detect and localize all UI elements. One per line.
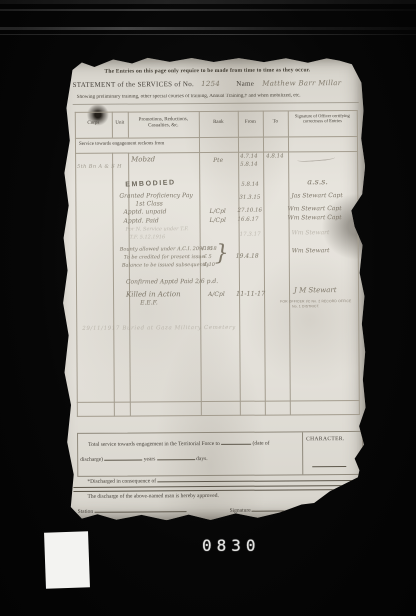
page-notice: The Entries on this page only require to…: [80, 68, 334, 76]
film-scratch: [0, 9, 416, 11]
entry-appointed-paid-rank: L/Cpl: [210, 218, 226, 224]
entry-bounty-date: 19.4.18: [236, 254, 259, 260]
entry-proficiency-pay: Granted Proficiency Pay: [119, 193, 192, 200]
entry-proficiency-pay-class: 1st Class: [135, 201, 163, 207]
table-body: 5th Bn A & S H Mobzd Pte 4.7.14 5.8.14 4…: [75, 151, 360, 402]
blank-line: [95, 507, 187, 513]
entry-mobilized-from: 4.7.14: [240, 155, 258, 161]
blank-line: [157, 476, 352, 482]
blank-line: [312, 462, 346, 467]
name-value: Matthew Barr Millar: [262, 79, 341, 88]
reckons-row-label: Service towards engagement reckons from: [79, 141, 164, 147]
embodied-stamp: EMBODIED: [125, 179, 176, 188]
entry-bounty-line3: Balance to be issued subsequently: [122, 263, 209, 269]
discharged-line: *Discharged in consequence of: [87, 476, 352, 486]
days-label: days.: [196, 456, 208, 462]
entry-bounty-line2: To be credited for present issue: [124, 255, 205, 261]
entry-burial-note: 29/11/1917 Buried at Gaza Military Cemet…: [82, 326, 236, 333]
signature-label: Signature: [230, 508, 251, 514]
name-label: Name: [236, 80, 254, 88]
rule: [73, 102, 359, 105]
entry-killed-date: 11-11-17: [236, 291, 265, 298]
entry-confirmed-appointment: Confirmed Apptd Paid 2/6 p.d.: [126, 279, 218, 286]
film-scratch: [0, 34, 416, 35]
entry-appointed-unpaid: Apptd. unpaid: [123, 209, 166, 216]
total-service-line1: Total service towards engagement in the …: [88, 440, 269, 449]
years-label: years: [144, 456, 156, 462]
film-blip-card: [44, 531, 90, 589]
table-line: [302, 432, 303, 474]
entry-killed-theatre: E.E.F.: [140, 300, 158, 306]
column-header-rank: Rank: [199, 120, 238, 126]
microfilm-frame: The Entries on this page only require to…: [0, 0, 416, 616]
table-line: [75, 136, 358, 139]
entry-bounty-amount3: £ 10: [204, 263, 215, 268]
entry-pencil-note-2: T.F. 5.12.1916: [130, 235, 166, 240]
column-header-from: From: [238, 120, 263, 126]
station-label: Station: [78, 509, 94, 515]
document-paper: The Entries on this page only require to…: [50, 55, 367, 521]
total-service-box: Total service towards engagement in the …: [77, 431, 363, 477]
bounty-brace: }: [215, 242, 229, 265]
station-line: Station: [78, 507, 187, 516]
entry-bounty-amount2: £ 5: [204, 255, 212, 260]
entry-appointed-paid-from: 16.6.17: [238, 218, 259, 224]
film-scratch: [0, 0, 416, 4]
column-header-to: To: [263, 119, 288, 125]
table-line: [77, 414, 360, 417]
character-label: CHARACTER.: [306, 437, 345, 443]
entry-bounty-amount1: £ 15: [202, 247, 213, 252]
entry-pencil-note-signature: Wm Stewart: [292, 230, 330, 237]
film-scratch: [0, 27, 416, 30]
blank-line: [157, 455, 195, 460]
entry-bounty-signature: Wm Stewart: [292, 248, 330, 255]
total-service-line2: discharge) years days.: [80, 455, 207, 464]
column-header-corps: Corps: [75, 121, 112, 127]
discharge-text: discharge): [80, 457, 103, 463]
date-label: Date: [78, 520, 88, 526]
column-header-unit: Unit: [112, 121, 128, 127]
date-line: Date: [78, 521, 88, 527]
entry-pencil-note: For N. Service under T.F.: [126, 227, 189, 233]
statement-title-line: STATEMENT of the SERVICES of No. 1254 Na…: [73, 80, 342, 89]
date-of-text: (date of: [253, 441, 270, 447]
entry-appointed-paid: Apptd. Paid: [124, 218, 159, 225]
entry-appointed-unpaid-from: 27.10.16: [237, 209, 262, 215]
entry-killed-signature: J M Stewart: [294, 287, 337, 295]
entry-proficiency-pay-signature: Jas Stewart Capt: [291, 193, 342, 200]
total-service-text: Total service towards engagement in the …: [88, 441, 220, 448]
entry-mobilized-from2: 5.8.14: [240, 163, 258, 169]
entry-killed-in-action: Killed in Action: [126, 291, 181, 299]
entry-embodied-signature: a.s.s.: [307, 178, 328, 187]
services-table: Corps Unit Promotions, Reductions, Casua…: [75, 110, 360, 417]
frame-counter: 0830: [202, 536, 261, 555]
blank-line: [221, 440, 251, 445]
entry-corps: 5th Bn A & S H: [77, 165, 122, 171]
entry-proficiency-pay-from: 31.3.15: [239, 196, 260, 202]
blank-line: [104, 455, 142, 460]
service-number-value: 1254: [201, 80, 220, 88]
approval-text: The discharge of the above-named man is …: [87, 494, 218, 501]
entry-appointed-unpaid-rank: L/Cpl: [209, 209, 225, 215]
form-subtitle: Showing preliminary training, other spec…: [77, 93, 359, 100]
entry-killed-rank: A/Cpl: [208, 292, 225, 298]
entry-appointed-paid-signature: Wm Stewart Capt: [287, 215, 341, 222]
entry-appointed-unpaid-signature: Wm Stewart Capt: [287, 206, 341, 213]
record-office-stamp-line1: FOR OFFICER I/C No. 2 RECORD OFFICE: [280, 300, 351, 304]
discharged-label: *Discharged in consequence of: [87, 478, 156, 484]
signature-line: Signature: [230, 506, 331, 514]
blank-line: [252, 506, 330, 512]
entry-embodied-from: 5.8.14: [241, 183, 259, 189]
entry-pencil-note-date: 17.3.17: [240, 233, 261, 239]
statement-title: STATEMENT of the SERVICES of No.: [73, 80, 195, 89]
entry-mobilized-to: 4.8.14: [266, 154, 284, 160]
table-line: [128, 112, 129, 138]
column-header-signature: Signature of Officer certifying correctn…: [289, 113, 356, 124]
ink-scribble: [297, 154, 335, 163]
record-office-stamp-line2: No. 1 DISTRICT.: [292, 305, 319, 309]
entry-mobilized-rank: Pte: [213, 158, 223, 164]
column-header-promotions: Promotions, Reductions, Casualties, &c.: [130, 117, 197, 129]
rule: [73, 485, 361, 492]
entry-mobilized: Mobzd: [131, 156, 155, 164]
